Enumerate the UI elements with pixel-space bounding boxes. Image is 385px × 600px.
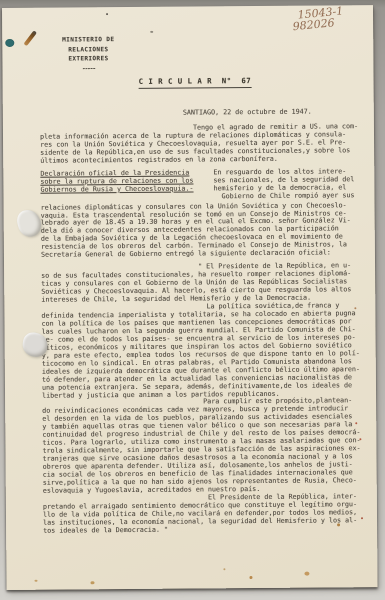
pencil-mark [23, 30, 37, 46]
official-declaration-quote: " El Presidente de la República, en u-so… [41, 262, 369, 535]
document-body: Tengo el agrado de remitir a US. una com… [40, 123, 369, 535]
paper-speck [337, 523, 340, 526]
archival-number-2: 982026 [292, 16, 345, 32]
paper-blemish [15, 208, 43, 239]
paper-speck [359, 438, 361, 440]
archival-handwritten-note: 15043-1 982026 [297, 5, 345, 31]
paper-speck [91, 581, 95, 584]
letterhead-rule: ----- [42, 63, 134, 73]
scanned-document-page: 15043-1 982026 MINISTERIO DE RELACIONES … [2, 5, 378, 590]
paper-speck [34, 580, 37, 582]
typed-line: Gobierno de Chile rompió ayer sus [213, 192, 366, 201]
paper-speck [223, 568, 225, 570]
declaration-intro: En resguardo de los altos intere-ses nac… [213, 168, 366, 201]
typed-line: últimos acontecimientos registrados en l… [40, 155, 366, 166]
typed-line: Gobiernos de Rusia y Checoeslovaquia.- [40, 185, 213, 194]
salutation-paragraph: Tengo el agrado de remitir a US. una com… [40, 123, 366, 165]
paper-speck [249, 576, 252, 579]
paper-speck [304, 572, 309, 576]
paper-speck [361, 517, 363, 519]
paper-speck [106, 13, 108, 15]
two-column-block: Declaración oficial de la Presidenciasob… [40, 168, 366, 202]
paper-speck [150, 31, 153, 33]
letterhead-line1: MINISTERIO DE RELACIONES [42, 35, 134, 55]
dateline: SANTIAGO, 22 de octubre de 1947. [183, 108, 312, 117]
typed-line: tos ideales de la Democracia. " [43, 525, 369, 536]
section-heading: Declaración oficial de la Presidenciasob… [40, 169, 213, 194]
letterhead: MINISTERIO DE RELACIONES EXTERIORES ----… [42, 35, 134, 74]
document-title: C I R C U L A R N° 67 [139, 76, 252, 89]
paper-speck [354, 307, 356, 309]
typed-line: Secretaría General de Gobierno entregó l… [41, 249, 367, 260]
paper-speck [355, 422, 357, 424]
teal-dot-mark [5, 39, 14, 47]
declaration-paragraph: relaciones diplomáticas y consulares con… [41, 202, 367, 260]
